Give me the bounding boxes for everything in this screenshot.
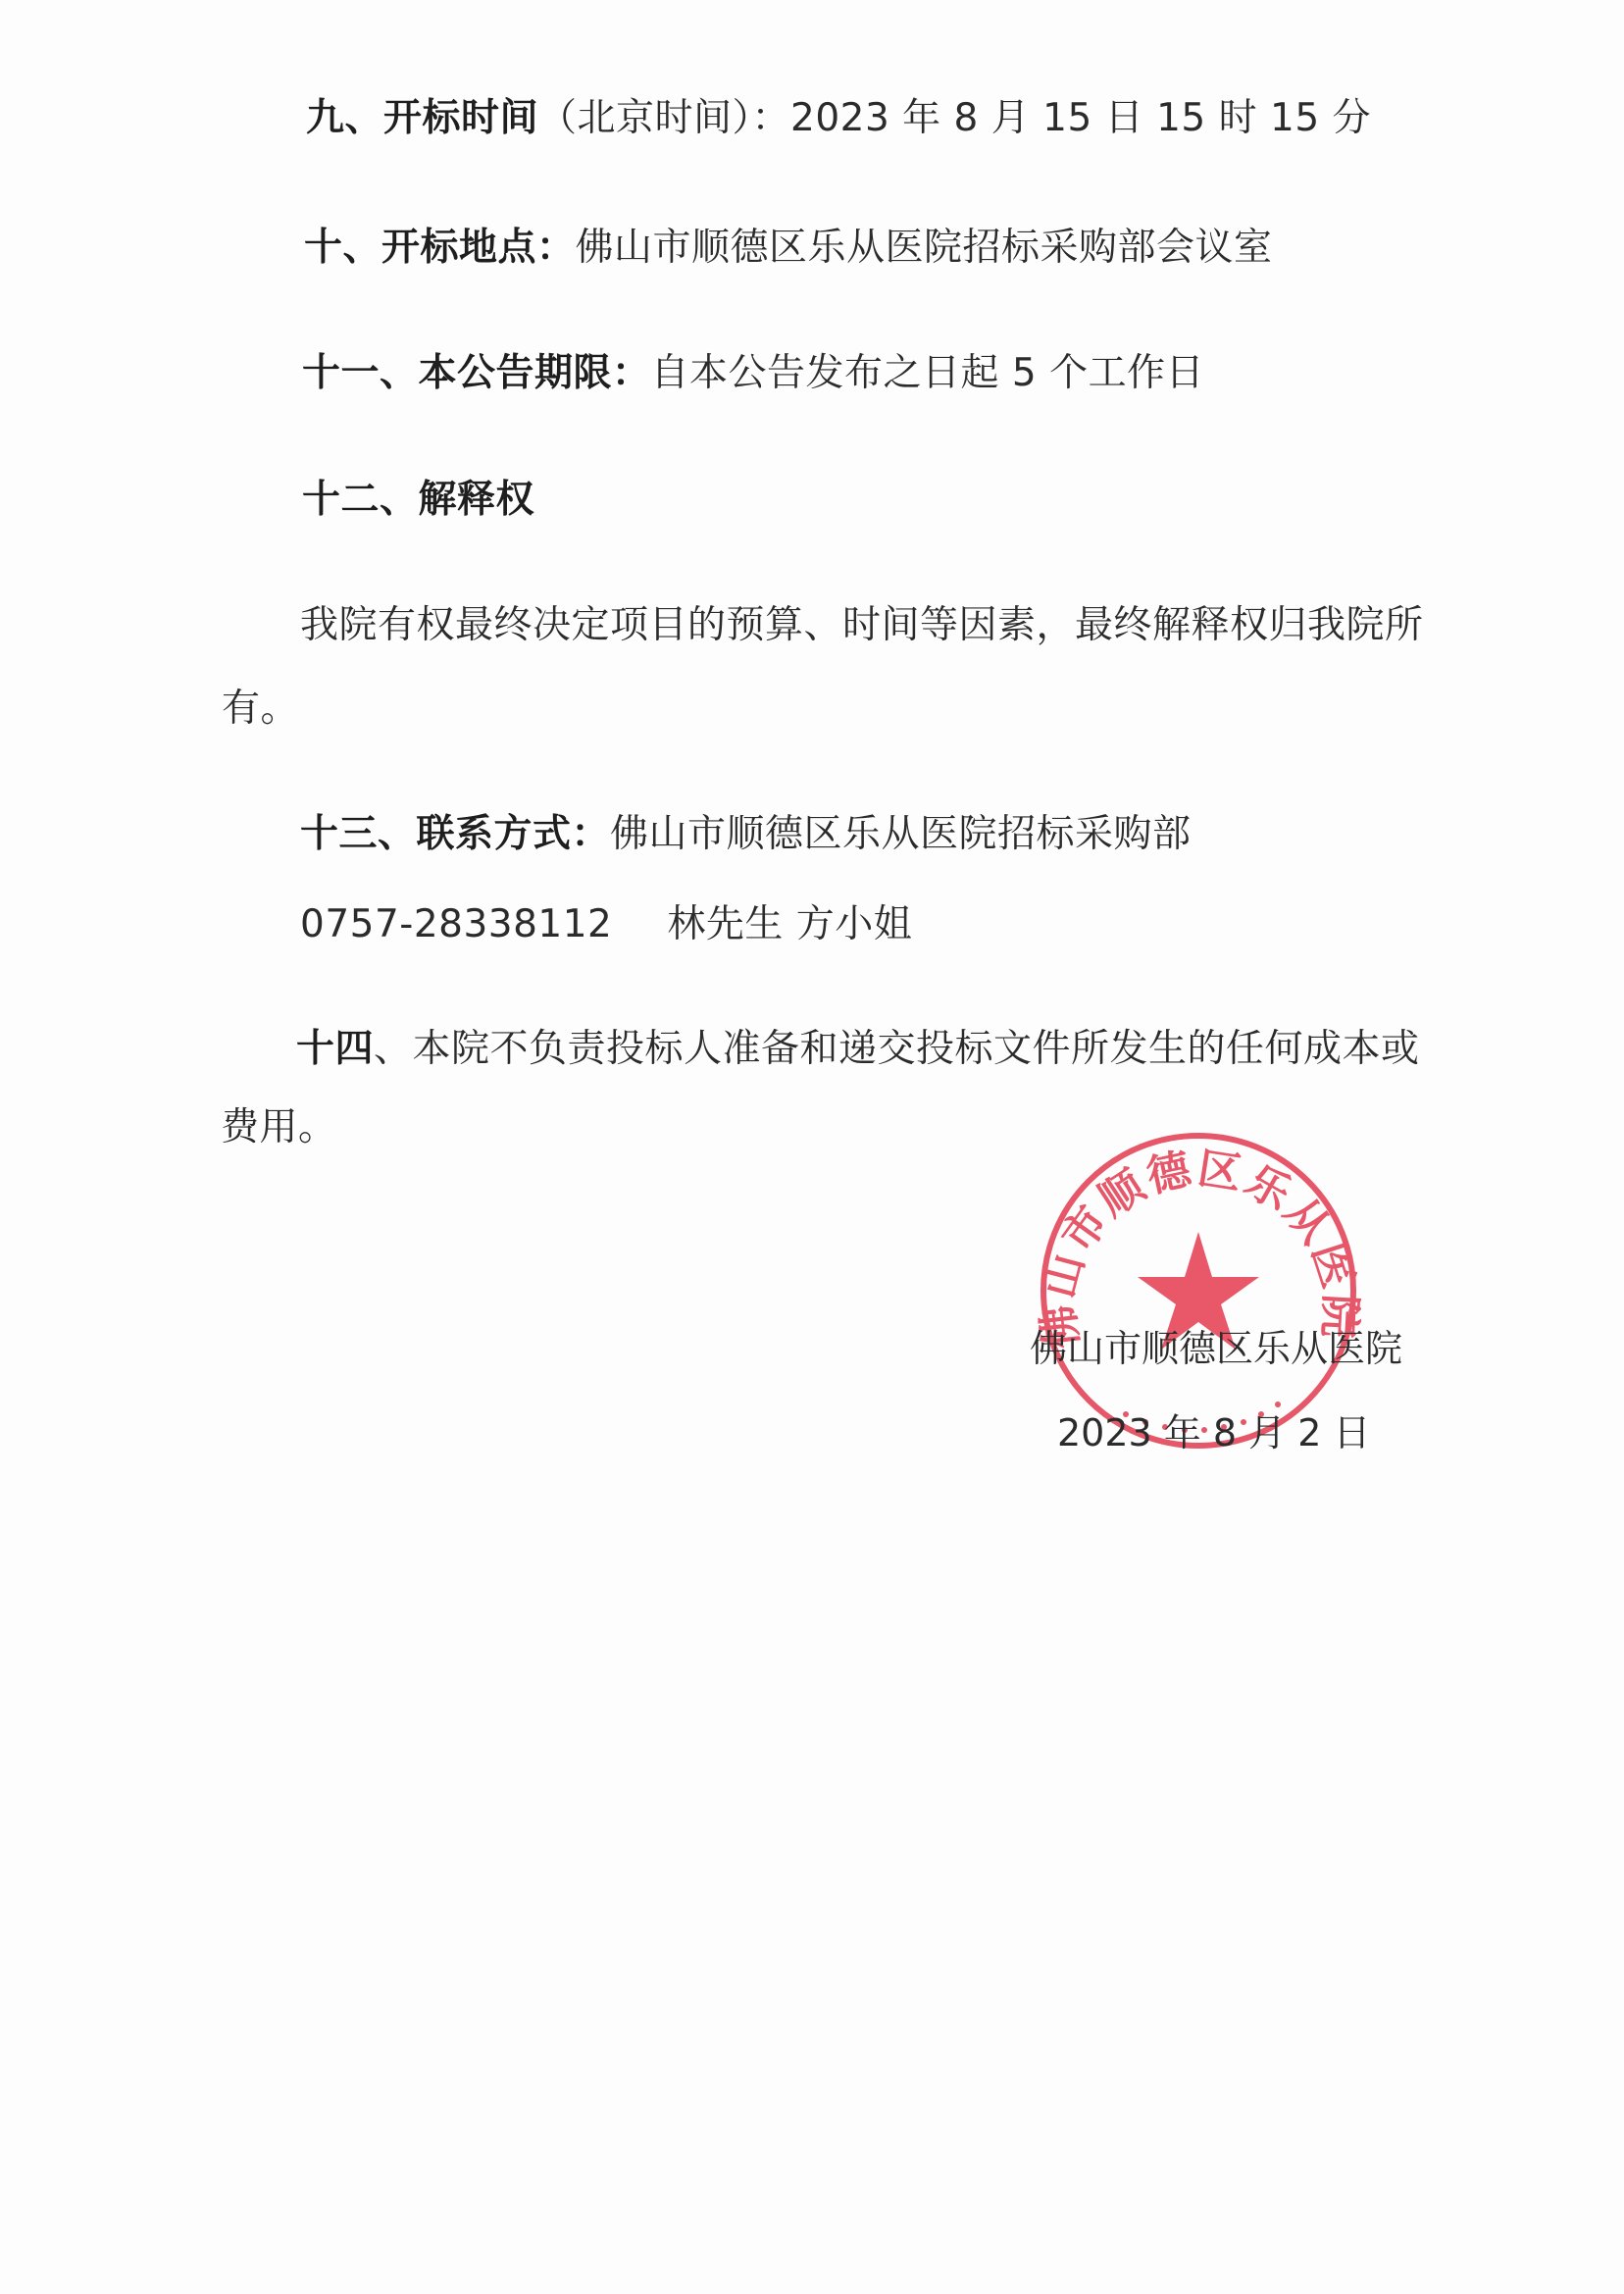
section-11: 十一、本公告期限：自本公告发布之日起 5 个工作日 — [302, 353, 1204, 394]
section-9-heading: 九、开标时间 — [306, 96, 538, 140]
section-12-paragraph-line1: 我院有权最终决定项目的预算、时间等因素，最终解释权归我院所 — [300, 605, 1424, 646]
section-13-heading: 十三、联系方式： — [300, 812, 610, 856]
signature-date: 2023 年 8 月 2 日 — [1057, 1412, 1370, 1453]
section-12-heading: 十二、解释权 — [302, 478, 534, 522]
section-9-body: （北京时间）：2023 年 8 月 15 日 15 时 15 分 — [538, 96, 1371, 140]
section-9: 九、开标时间（北京时间）：2023 年 8 月 15 日 15 时 15 分 — [306, 98, 1371, 139]
section-10-body: 佛山市顺德区乐从医院招标采购部会议室 — [576, 226, 1273, 270]
contact-phone: 0757-28338112 — [300, 902, 612, 946]
section-11-heading: 十一、本公告期限： — [302, 351, 651, 395]
section-12-paragraph-line2: 有。 — [222, 688, 299, 730]
section-14-body: 、本院不负责投标人准备和递交投标文件所发生的任何成本或 — [374, 1027, 1420, 1071]
section-13: 十三、联系方式：佛山市顺德区乐从医院招标采购部 — [300, 814, 1192, 855]
signature-org: 佛山市顺德区乐从医院 — [1030, 1328, 1402, 1369]
section-13-body: 佛山市顺德区乐从医院招标采购部 — [610, 812, 1192, 856]
section-12: 十二、解释权 — [302, 480, 534, 521]
section-11-body: 自本公告发布之日起 5 个工作日 — [651, 351, 1205, 395]
section-14-heading: 十四 — [296, 1027, 374, 1071]
official-seal: 佛山市顺德区乐从医院 — [1038, 1130, 1361, 1453]
section-10-heading: 十、开标地点： — [304, 226, 576, 270]
section-14-line2: 费用。 — [221, 1107, 337, 1148]
section-10: 十、开标地点：佛山市顺德区乐从医院招标采购部会议室 — [304, 228, 1273, 269]
contact-names: 林先生 方小姐 — [667, 902, 912, 946]
contact-line: 0757-28338112林先生 方小姐 — [300, 904, 912, 945]
section-14: 十四、本院不负责投标人准备和递交投标文件所发生的任何成本或 — [296, 1029, 1420, 1070]
